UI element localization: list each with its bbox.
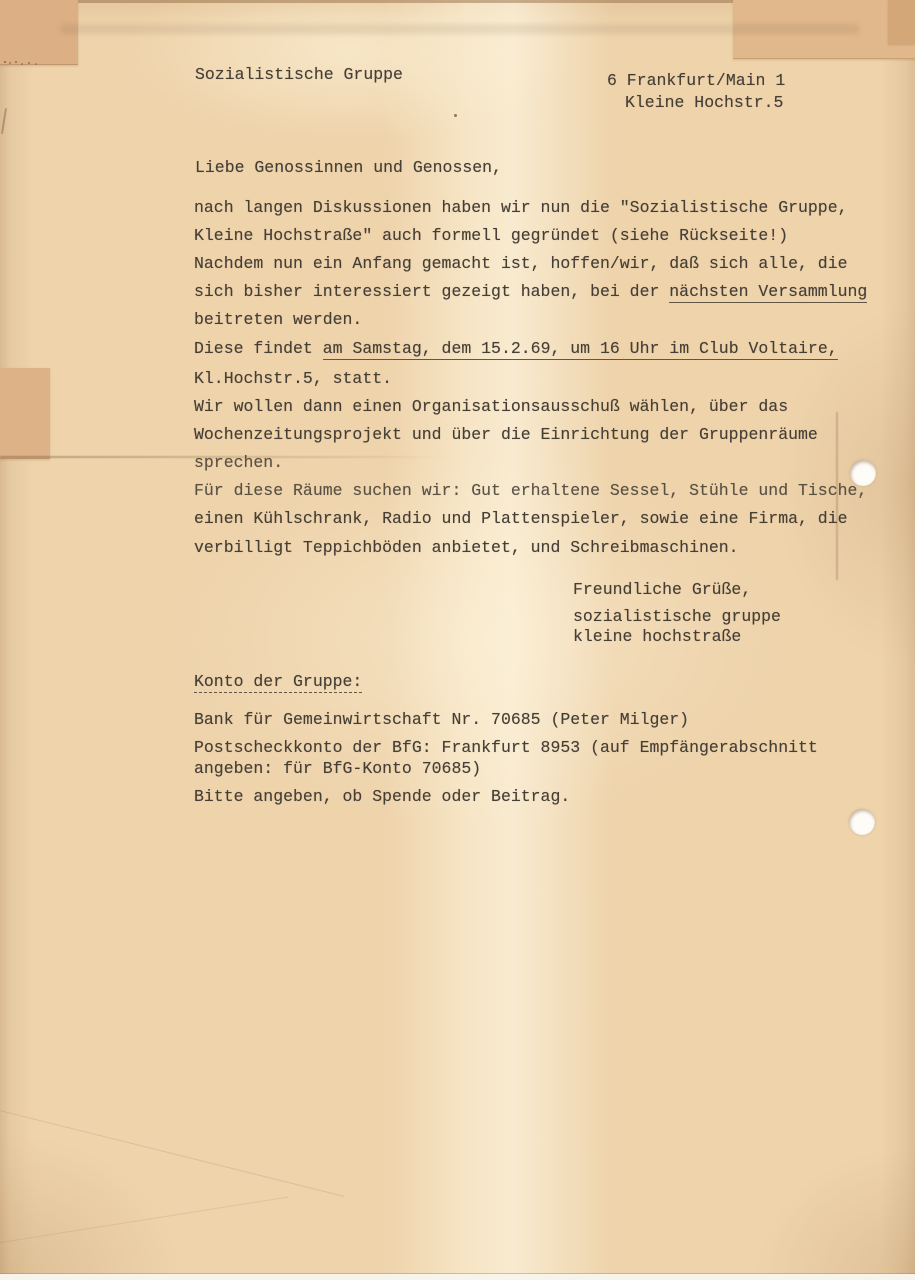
body-line: sprechen. [194, 452, 283, 474]
scanner-edge-bottom [0, 1274, 915, 1280]
sender-name: Sozialistische Gruppe [195, 64, 403, 86]
closing-signature-2: kleine hochstraße [573, 626, 741, 648]
underlined-text: nächsten Versammlung [669, 282, 867, 303]
body-line: Wir wollen dann einen Organisationsaussc… [194, 396, 788, 418]
pen-stroke-mark [1, 108, 7, 134]
body-line: sich bisher interessiert gezeigt haben, … [194, 281, 867, 303]
body-line: einen Kühlschrank, Radio und Plattenspie… [194, 508, 848, 530]
hole-punch-bottom [849, 809, 875, 835]
body-line: Für diese Räume suchen wir: Gut erhalten… [194, 480, 867, 502]
body-line: Diese findet am Samstag, dem 15.2.69, um… [194, 338, 838, 360]
return-address-line-1: 6 Frankfurt/Main 1 [607, 70, 785, 92]
body-line: Kl.Hochstr.5, statt. [194, 368, 392, 390]
body-line: Wochenzeitungsprojekt und über die Einri… [194, 424, 818, 446]
ink-speck [454, 114, 457, 117]
salutation: Liebe Genossinnen und Genossen, [195, 157, 502, 179]
body-line: nach langen Diskussionen haben wir nun d… [194, 197, 848, 219]
account-heading: Konto der Gruppe: [194, 671, 362, 693]
body-line: verbilligt Teppichböden anbietet, und Sc… [194, 537, 739, 559]
paper-top-edge [0, 0, 740, 3]
tape-top-right-corner [888, 0, 915, 44]
account-line-bank: Bank für Gemeinwirtschaft Nr. 70685 (Pet… [194, 709, 689, 731]
body-line: Nachdem nun ein Anfang gemacht ist, hoff… [194, 253, 848, 275]
tape-left-edge [0, 368, 50, 459]
closing-signature-1: sozialistische gruppe [573, 606, 781, 628]
body-line-text: sich bisher interessiert gezeigt haben, … [194, 282, 669, 301]
fold-crease-diagonal-2 [0, 1197, 288, 1245]
underlined-text: Konto der Gruppe: [194, 672, 362, 693]
letter-page: Sozialistische Gruppe 6 Frankfurt/Main 1… [0, 0, 915, 1280]
ink-specks [4, 61, 6, 63]
account-line-postscheck-2: angeben: für BfG-Konto 70685) [194, 758, 481, 780]
account-line-postscheck-1: Postscheckkonto der BfG: Frankfurt 8953 … [194, 737, 818, 759]
return-address-line-2: Kleine Hochstr.5 [625, 92, 783, 114]
fold-crease-diagonal-1 [0, 1104, 344, 1197]
smudge-mark [60, 24, 860, 34]
closing-salutation: Freundliche Grüße, [573, 579, 751, 601]
body-line: Kleine Hochstraße" auch formell gegründe… [194, 225, 788, 247]
underlined-text: am Samstag, dem 15.2.69, um 16 Uhr im Cl… [323, 339, 838, 360]
account-line-note: Bitte angeben, ob Spende oder Beitrag. [194, 786, 570, 808]
body-line-text: Diese findet [194, 339, 323, 358]
body-line: beitreten werden. [194, 309, 362, 331]
